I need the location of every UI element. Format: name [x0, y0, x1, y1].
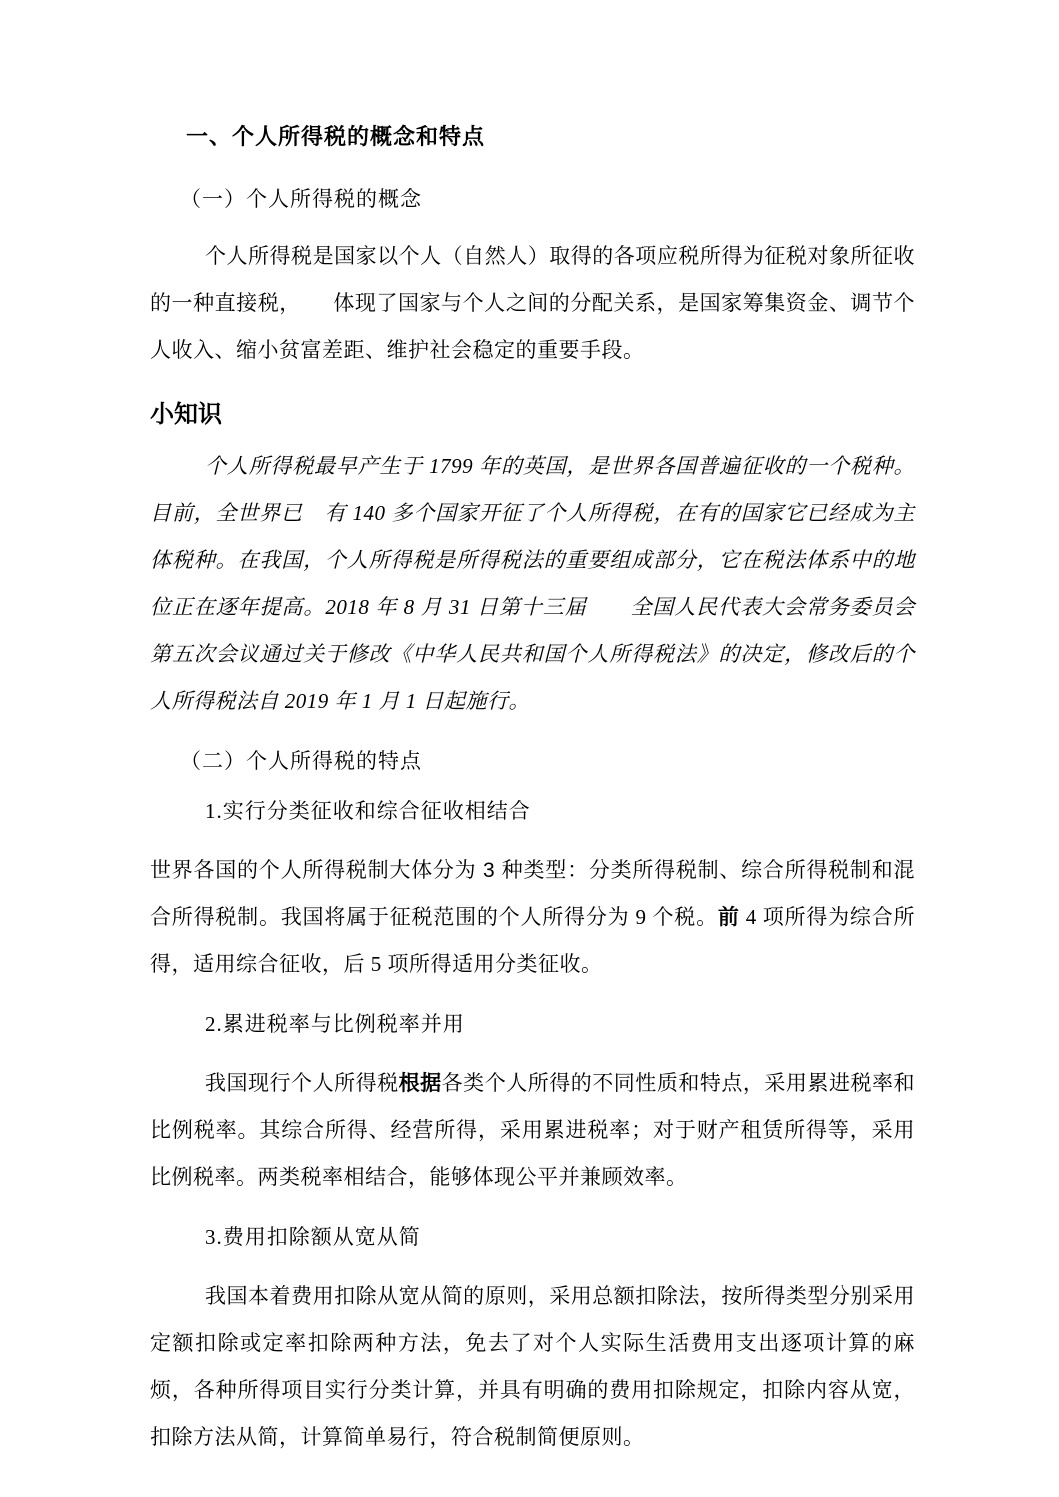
knowledge-box-title: 小知识: [150, 394, 915, 429]
paragraph-point1: 世界各国的个人所得税制大体分为 3 种类型：分类所得税制、综合所得税制和混合所得…: [150, 847, 915, 988]
paragraph-point2: 我国现行个人所得税根据各类个人所得的不同性质和特点，采用累进税率和比例税率。其综…: [150, 1060, 915, 1201]
text-run: 我国现行个人所得税: [205, 1072, 399, 1095]
paragraph-knowledge: 个人所得税最早产生于 1799 年的英国，是世界各国普遍征收的一个税种。目前，全…: [150, 443, 915, 725]
sub-heading-2: （二）个人所得税的特点: [180, 745, 915, 775]
text-run-bold: 根据: [399, 1071, 442, 1095]
paragraph-point3: 我国本着费用扣除从宽从简的原则，采用总额扣除法，按所得类型分别采用定额扣除或定率…: [150, 1273, 915, 1461]
text-run: 费用扣除从宽从简的原则，采用总额扣除法，按所得类型分别采用定额扣除或定率扣除两种…: [150, 1285, 915, 1449]
numbered-heading-3: 3.费用扣除额从宽从简: [205, 1221, 915, 1251]
document-page: 一、个人所得税的概念和特点 （一）个人所得税的概念 个人所得税是国家以个人（自然…: [0, 0, 1059, 1497]
sub-heading-1: （一）个人所得税的概念: [180, 183, 915, 213]
numbered-heading-2: 2.累进税率与比例税率并用: [205, 1008, 915, 1038]
text-run: 世界各国的个人所得税制大体分为 3 种类型：: [150, 859, 589, 882]
heading-level1: 一、个人所得税的概念和特点: [186, 120, 915, 151]
text-run: 我国本着: [205, 1284, 291, 1308]
text-run-bold: 前: [718, 905, 740, 929]
numbered-heading-1: 1.实行分类征收和综合征收相结合: [205, 795, 915, 825]
document-content: 一、个人所得税的概念和特点 （一）个人所得税的概念 个人所得税是国家以个人（自然…: [0, 0, 1059, 1461]
paragraph-concept: 个人所得税是国家以个人（自然人）取得的各项应税所得为征税对象所征收的一种直接税，…: [150, 233, 915, 374]
